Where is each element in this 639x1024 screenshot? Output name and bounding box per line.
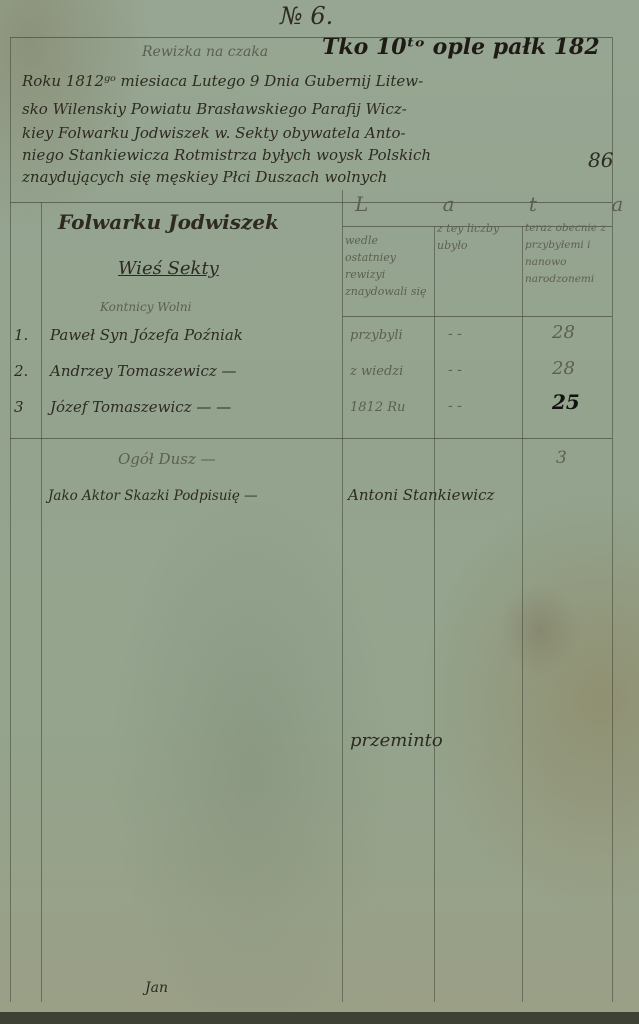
signature-line: Jako Aktor Skazki Podpisuię — — [48, 488, 258, 504]
row-col2: - - — [448, 326, 462, 342]
row-col2: - - — [448, 362, 462, 378]
verification-note: przeminto — [350, 730, 443, 751]
number-column-line — [41, 202, 42, 1002]
rows-bottom-line — [10, 438, 612, 439]
frame-right — [612, 37, 613, 1002]
row-col2: - - — [448, 398, 462, 414]
frame-top — [10, 37, 612, 38]
row-col3: 28 — [552, 322, 575, 343]
estate-heading: Folwarku Jodwiszek — [58, 210, 279, 234]
village-heading: Wieś Sekty — [118, 258, 219, 279]
row-col3: 25 — [552, 390, 580, 414]
signature-name: Antoni Stankiewicz — [348, 486, 494, 504]
bottom-note: Jan — [145, 980, 168, 996]
row-col1: przybyli — [350, 328, 403, 343]
col2-line — [434, 226, 435, 1002]
page-bottom-edge — [0, 1012, 639, 1024]
total-label: Ogół Dusz — — [118, 450, 216, 468]
header-bottom-line — [342, 316, 612, 317]
column-header-decreased: z tey liczby ubyło — [437, 220, 519, 254]
intro-line: Roku 1812ᵍᵒ miesiaca Lutego 9 Dnia Guber… — [22, 72, 423, 90]
lata-left-line — [342, 190, 343, 1002]
row-number: 1. — [14, 326, 28, 344]
row-col1: z wiedzi — [350, 364, 403, 379]
margin-number: 86 — [588, 148, 613, 172]
intro-line: znaydujących się męskiey Płci Duszach wo… — [22, 168, 387, 186]
document-number: № 6. — [280, 2, 333, 30]
column-header-previous: wedle ostatniey rewizyi znaydowali się — [345, 232, 431, 300]
intro-line: kiey Folwarku Jodwiszek w. Sekty obywate… — [22, 124, 406, 142]
row-name: Paweł Syn Józefa Poźniak — [50, 326, 243, 344]
col3-line — [522, 226, 523, 1002]
row-number: 3 — [14, 398, 24, 416]
subtitle-faint: Rewizka na czaka — [142, 44, 268, 60]
frame-left — [10, 37, 11, 1002]
row-number: 2. — [14, 362, 28, 380]
intro-line: sko Wilenskiy Powiatu Brasławskiego Para… — [22, 100, 407, 118]
total-value: 3 — [556, 448, 567, 468]
intro-line: niego Stankiewicza Rotmistrza byłych woy… — [22, 146, 431, 164]
subheading: Kontnicy Wolni — [100, 300, 191, 314]
row-col3: 28 — [552, 358, 575, 379]
row-name: Andrzey Tomaszewicz — — [50, 362, 237, 380]
manuscript-page: № 6. Rewizka na czaka Tko 10ᵗᵒ ople pałk… — [0, 0, 639, 1024]
lata-heading: L a t a — [355, 192, 639, 216]
column-header-current: teraz obecnie z przybyłemi i nanowo naro… — [525, 220, 611, 288]
row-name: Józef Tomaszewicz — — — [50, 398, 231, 416]
row-col1: 1812 Ru — [350, 400, 405, 415]
